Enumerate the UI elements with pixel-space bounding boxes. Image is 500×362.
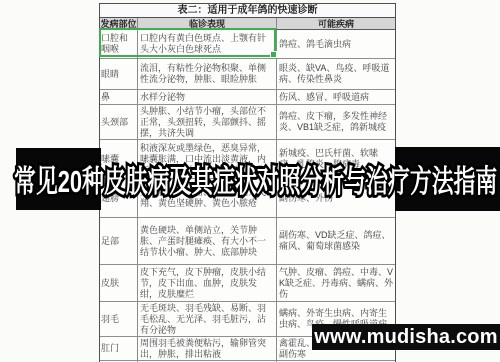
cell-possible-diseases[interactable]: 伤风、感冒、呼吸道病 [277, 90, 395, 104]
cell-clinical-signs[interactable]: 水样分泌物 [138, 90, 277, 104]
table-row[interactable]: 头颈部 头肿胀、小结节小瘤，头部位不正常，头颈扭转，头部颤抖、摇摆，共济失调 鸽… [100, 105, 395, 140]
cell-body-part[interactable]: 鼻 [100, 90, 138, 104]
table-row[interactable]: 足部 黄色硬块、单侧站立，关节肿胀、产蛋时腿瘫痪、有大小不一结节状小瘤、肿大、底… [100, 218, 395, 265]
cell-possible-diseases[interactable]: 眼炎、缺VA、鸟疫、呼吸道病、传染性鼻炎 [277, 59, 395, 89]
cell-possible-diseases[interactable]: 副伤寒、VD缺乏症、鸽痘、痛风、葡萄球菌感染 [277, 218, 395, 264]
cell-body-part[interactable]: 肛门 [100, 337, 138, 360]
screenshot-canvas: 表二：适用于成年鸽的快速诊断 发病部位 临诊表现 可能疾病 口腔和咽喉 口腔内有… [0, 0, 500, 362]
cell-possible-diseases[interactable]: 鸽痘、鸽毛滴虫病 [277, 30, 395, 58]
cell-body-part[interactable]: 眼睛 [100, 59, 138, 89]
cell-clinical-signs[interactable]: 黄色硬块、单侧站立，关节肿胀、产蛋时腿瘫痪、有大小不一结节状小瘤、肿大、底部肿块 [138, 218, 277, 264]
cell-clinical-signs[interactable]: 无毛斑块、羽毛残缺、易断、羽毛松乱、无光泽、羽毛脏污，沾有分泌物 [138, 302, 277, 336]
cell-clinical-signs[interactable]: 流泪，有粘性分泌物积聚、单侧性流分泌物，肿胀、眼睑肿胀 [138, 59, 277, 89]
headline-overlay-text: 常见20种皮肤病及其症状对照分析与治疗方法指南 [14, 153, 500, 203]
cell-body-part[interactable]: 皮肤 [100, 265, 138, 301]
cell-body-part[interactable]: 头颈部 [100, 105, 138, 139]
cell-clinical-signs[interactable]: 皮下充气，皮下肿瘤，皮肤小结节，皮下出血、血肿，皮肤发绀，皮肤糜烂 [138, 265, 277, 301]
cell-possible-diseases[interactable]: 气肿、皮瘤、鸽痘、中毒、VK缺乏症、丹毒病、螨病、外伤 [277, 265, 395, 301]
watermark-text: www.mudisha.com [314, 326, 497, 349]
watermark-badge: www.mudisha.com [312, 324, 500, 350]
table-row[interactable]: 鼻 水样分泌物 伤风、感冒、呼吸道病 [100, 90, 395, 105]
cell-possible-diseases[interactable]: 鸽痘、皮下瘤，多发性神经炎、VB1缺乏症，鸽新城疫 [277, 105, 395, 139]
table-row[interactable]: 眼睛 流泪，有粘性分泌物积聚、单侧性流分泌物，肿胀、眼睑肿胀 眼炎、缺VA、鸟疫… [100, 59, 395, 90]
cell-clinical-signs[interactable]: 头肿胀、小结节小瘤，头部位不正常，头颈扭转，头部颤抖、摇摆，共济失调 [138, 105, 277, 139]
cell-selection-outline[interactable] [99, 28, 276, 57]
column-header-possible-diseases: 可能疾病 [277, 18, 395, 29]
table-row[interactable]: 皮肤 皮下充气，皮下肿瘤，皮肤小结节，皮下出血、血肿，皮肤发绀，皮肤糜烂 气肿、… [100, 265, 395, 302]
cell-clinical-signs[interactable]: 周围羽毛被粪便粘污，输卵管突出，肿胀，排出粘液 [138, 337, 277, 360]
cell-body-part[interactable]: 足部 [100, 218, 138, 264]
table-title: 表二：适用于成年鸽的快速诊断 [100, 4, 395, 18]
selection-fill-handle-icon[interactable] [270, 51, 277, 58]
cell-body-part[interactable]: 羽毛 [100, 302, 138, 336]
